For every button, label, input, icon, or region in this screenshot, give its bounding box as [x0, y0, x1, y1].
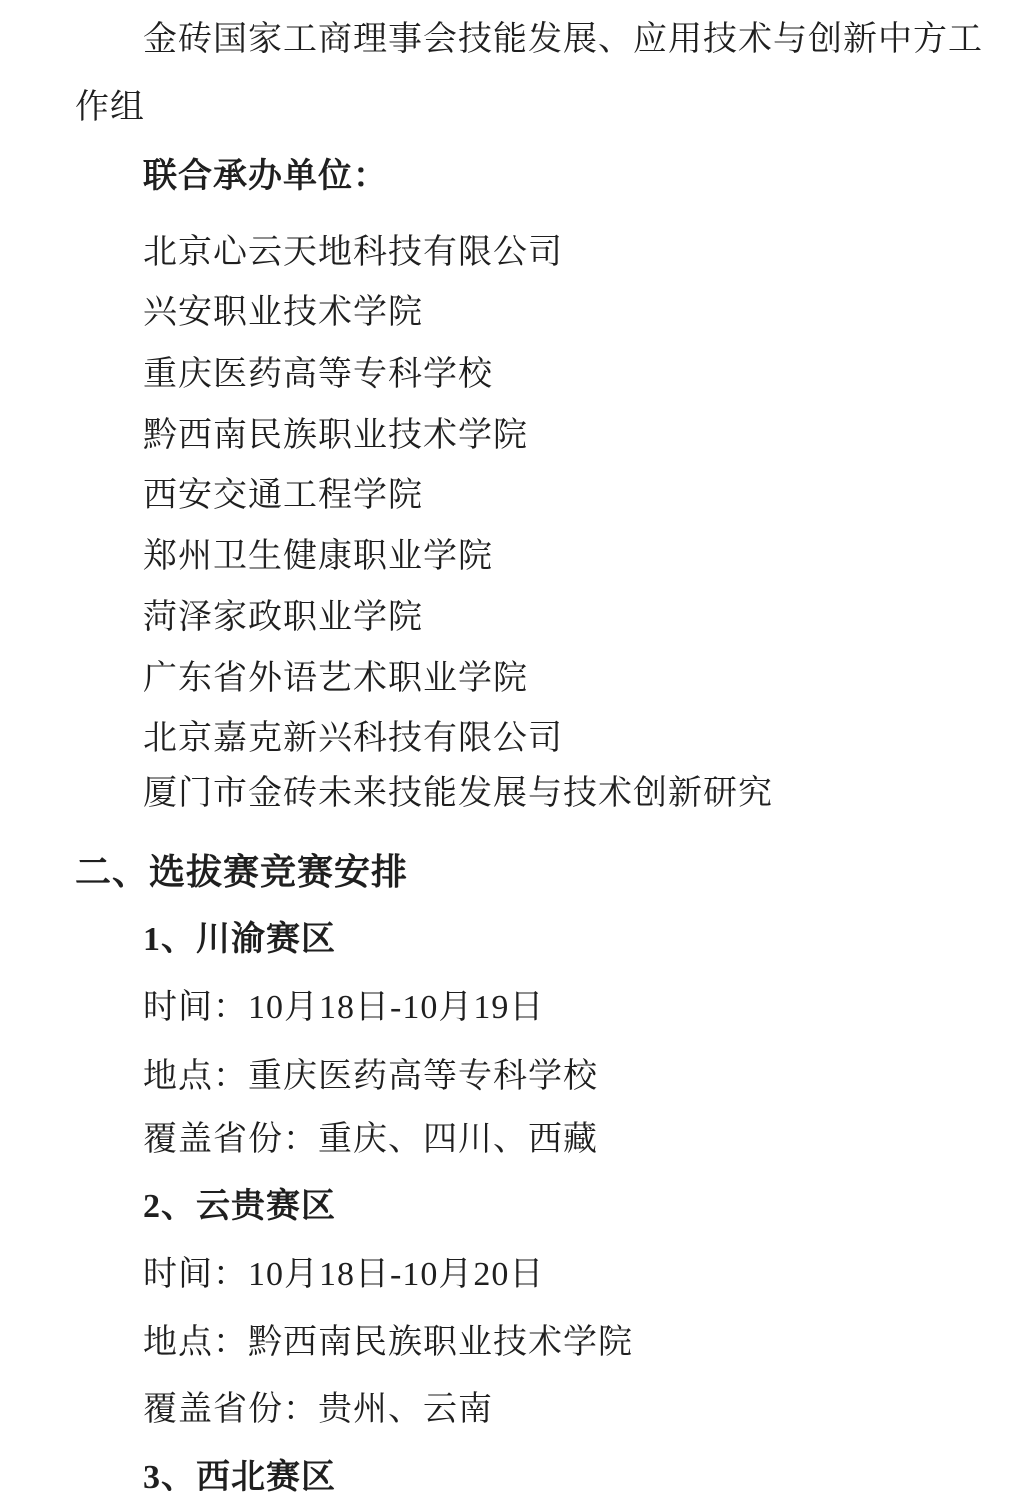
- region1-time: 时间：10月18日-10月19日: [143, 991, 544, 1025]
- co-organizers-heading: 联合承办单位：: [143, 160, 388, 194]
- region3-title: 3、西北赛区: [143, 1461, 336, 1495]
- region2-provinces: 覆盖省份：贵州、云南: [143, 1393, 493, 1427]
- region2-time: 时间：10月18日-10月20日: [143, 1258, 544, 1292]
- co-organizer-item: 黔西南民族职业技术学院: [143, 419, 528, 453]
- section2-heading: 二、选拔赛竞赛安排: [75, 854, 408, 890]
- co-organizer-item: 重庆医药高等专科学校: [143, 358, 493, 392]
- co-organizer-item: 北京心云天地科技有限公司: [143, 236, 563, 270]
- workgroup-line-2: 作组: [75, 91, 145, 125]
- region1-venue: 地点：重庆医药高等专科学校: [143, 1060, 598, 1094]
- co-organizer-item: 北京嘉克新兴科技有限公司: [143, 722, 563, 756]
- region2-venue: 地点：黔西南民族职业技术学院: [143, 1326, 633, 1360]
- co-organizer-item: 厦门市金砖未来技能发展与技术创新研究: [143, 777, 773, 811]
- region1-provinces: 覆盖省份：重庆、四川、西藏: [143, 1123, 598, 1157]
- workgroup-line-1: 金砖国家工商理事会技能发展、应用技术与创新中方工: [143, 23, 983, 57]
- co-organizer-item: 广东省外语艺术职业学院: [143, 662, 528, 696]
- co-organizer-item: 菏泽家政职业学院: [143, 601, 423, 635]
- region2-title: 2、云贵赛区: [143, 1190, 336, 1224]
- co-organizer-item: 郑州卫生健康职业学院: [143, 540, 493, 574]
- document-page: 金砖国家工商理事会技能发展、应用技术与创新中方工 作组 联合承办单位： 北京心云…: [0, 0, 1034, 1500]
- region1-title: 1、川渝赛区: [143, 923, 336, 957]
- co-organizer-item: 西安交通工程学院: [143, 479, 423, 513]
- co-organizer-item: 兴安职业技术学院: [143, 296, 423, 330]
